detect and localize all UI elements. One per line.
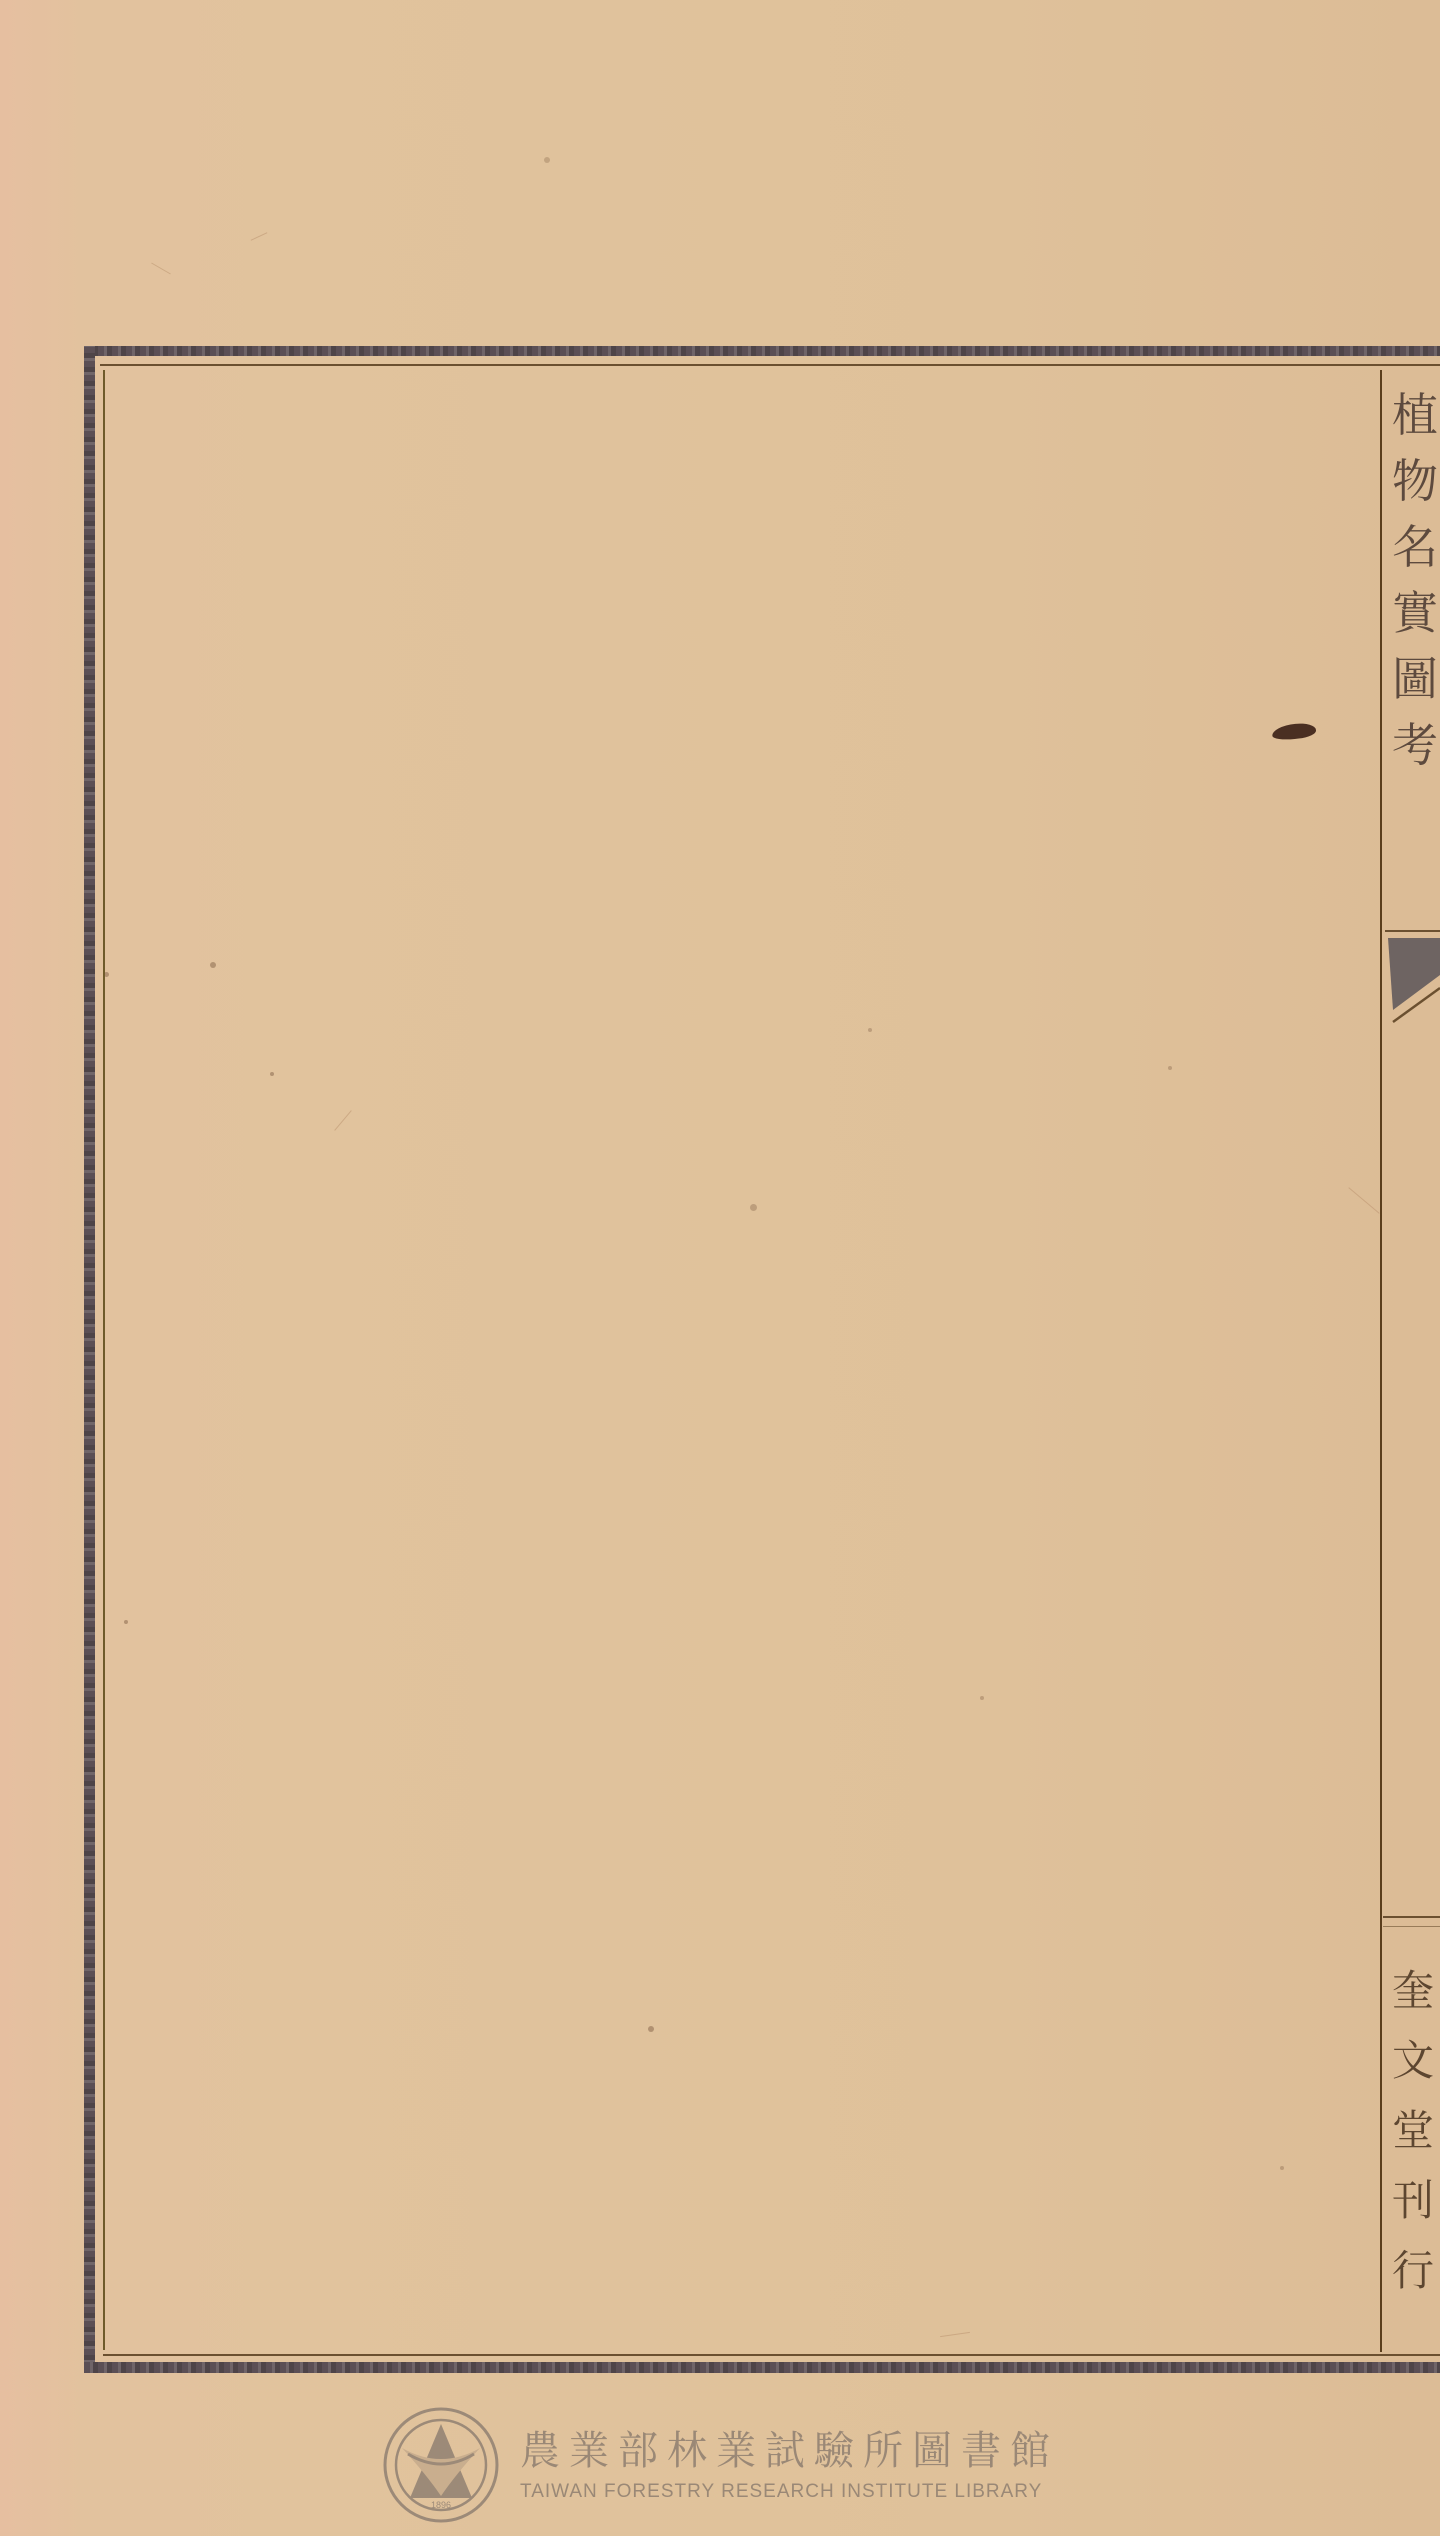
paper-speck <box>544 157 550 163</box>
scanned-page: 植 物 名 實 圖 考 奎 文 堂 刊 行 1896 農業部林業試驗所圖書館 <box>0 0 1440 2536</box>
title-char: 物 <box>1392 448 1438 514</box>
paper-fiber <box>151 263 171 275</box>
library-watermark: 1896 農業部林業試驗所圖書館 TAIWAN FORESTRY RESEARC… <box>380 2404 1059 2526</box>
banxin-publisher: 奎 文 堂 刊 行 <box>1392 1956 1440 2306</box>
title-char: 植 <box>1392 382 1438 448</box>
frame-outer-border-bottom <box>84 2362 1440 2373</box>
publisher-char: 堂 <box>1392 2096 1440 2166</box>
fishtail-mark-icon <box>1385 930 1440 1030</box>
frame-inner-rule-left <box>103 370 105 2350</box>
frame-inner-rule-top <box>100 364 1440 366</box>
publisher-char: 刊 <box>1392 2166 1440 2236</box>
logo-year: 1896 <box>431 2500 451 2510</box>
banxin-separator-rule-thin <box>1383 1926 1440 1927</box>
publisher-char: 奎 <box>1392 1956 1440 2026</box>
library-name-chinese: 農業部林業試驗所圖書館 <box>520 2427 1059 2475</box>
page-body-blank <box>110 372 1375 2350</box>
title-char: 圖 <box>1392 646 1438 712</box>
frame-outer-border-left <box>84 346 95 2369</box>
frame-outer-border-top <box>84 346 1440 356</box>
banxin-book-title: 植 物 名 實 圖 考 <box>1392 382 1440 778</box>
paper-fiber <box>251 232 268 241</box>
library-name-english: TAIWAN FORESTRY RESEARCH INSTITUTE LIBRA… <box>520 2481 1059 2503</box>
tfri-logo-icon: 1896 <box>380 2404 502 2526</box>
title-char: 實 <box>1392 580 1438 646</box>
publisher-char: 文 <box>1392 2026 1440 2096</box>
frame-inner-rule-bottom <box>103 2354 1440 2356</box>
title-char: 名 <box>1392 514 1438 580</box>
publisher-char: 行 <box>1392 2236 1440 2306</box>
title-char: 考 <box>1392 712 1438 778</box>
banxin-separator-rule <box>1383 1916 1440 1918</box>
banxin-column-rule <box>1380 370 1382 2352</box>
